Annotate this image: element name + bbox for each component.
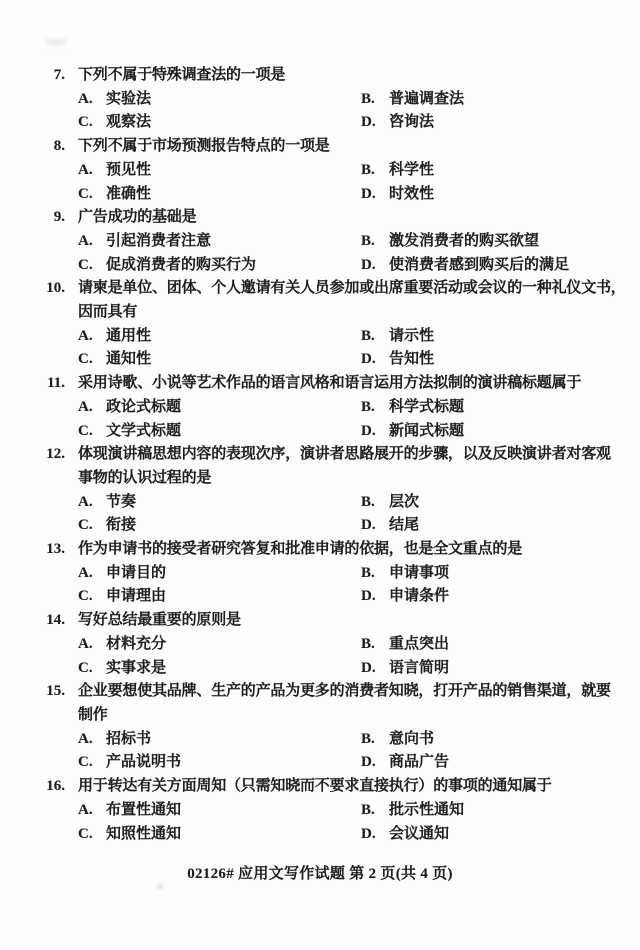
option: C.申请理由 <box>78 585 361 609</box>
option-text: 衔接 <box>106 517 136 533</box>
question-number: 7. <box>41 64 78 88</box>
option: B.申请事项 <box>361 562 640 586</box>
option-label: A. <box>78 159 98 183</box>
option: A.预见性 <box>78 159 361 183</box>
option-text: 准确性 <box>106 186 151 202</box>
option-text: 激发消费者的购买欲望 <box>389 233 539 249</box>
option: B.层次 <box>361 491 640 515</box>
option-text: 布置性通知 <box>106 802 181 818</box>
stem-line: 体现演讲稿思想内容的表现次序，演讲者思路展开的步骤，以及反映演讲者对客观 <box>78 443 640 467</box>
stem-line: 广告成功的基础是 <box>78 206 640 230</box>
option: C.观察法 <box>78 111 361 135</box>
option: A.实验法 <box>78 88 361 112</box>
question-number: 9. <box>41 206 78 230</box>
question-stem: 10. 请柬是单位、团体、个人邀请有关人员参加或出席重要活动或会议的一种礼仪文书… <box>41 277 640 324</box>
option-label: C. <box>78 751 98 775</box>
question-block: 9. 广告成功的基础是 A.引起消费者注意B.激发消费者的购买欲望C.促成消费者… <box>41 206 640 277</box>
options-grid: A.通用性B.请示性C.通知性D.告知性 <box>41 325 640 372</box>
option: A.引起消费者注意 <box>78 230 361 254</box>
stem-line: 采用诗歌、小说等艺术作品的语言风格和语言运用方法拟制的演讲稿标题属于 <box>78 372 640 396</box>
question-stem-lines: 用于转达有关方面周知（只需知晓而不要求直接执行）的事项的通知属于 <box>78 775 640 799</box>
option: B.批示性通知 <box>361 799 640 823</box>
options-grid: A.布置性通知B.批示性通知C.知照性通知D.会议通知 <box>41 799 640 846</box>
option-label: C. <box>78 183 98 207</box>
stem-line: 写好总结最重要的原则是 <box>78 609 640 633</box>
option-label: A. <box>78 728 98 752</box>
option: C.衔接 <box>78 514 361 538</box>
question-number: 13. <box>41 538 78 562</box>
question-stem: 11. 采用诗歌、小说等艺术作品的语言风格和语言运用方法拟制的演讲稿标题属于 <box>41 372 640 396</box>
option-label: C. <box>78 254 98 278</box>
option-label: A. <box>78 491 98 515</box>
option-text: 实验法 <box>106 91 151 107</box>
option: D.语言简明 <box>361 657 640 681</box>
option-text: 通知性 <box>106 351 151 367</box>
option: C.通知性 <box>78 348 361 372</box>
option-text: 普遍调查法 <box>389 91 464 107</box>
option-label: A. <box>78 799 98 823</box>
options-grid: A.预见性B.科学性C.准确性D.时效性 <box>41 159 640 206</box>
option-text: 招标书 <box>106 731 151 747</box>
option-label: B. <box>361 562 381 586</box>
question-stem: 16. 用于转达有关方面周知（只需知晓而不要求直接执行）的事项的通知属于 <box>41 775 640 799</box>
question-block: 13. 作为申请书的接受者研究答复和批准申请的依据，也是全文重点的是 A.申请目… <box>41 538 640 609</box>
option: D.使消费者感到购买后的满足 <box>361 254 640 278</box>
option-label: A. <box>78 633 98 657</box>
option-label: D. <box>361 111 381 135</box>
option-text: 实事求是 <box>106 660 166 676</box>
option: C.产品说明书 <box>78 751 361 775</box>
option: B.激发消费者的购买欲望 <box>361 230 640 254</box>
options-grid: A.政论式标题B.科学式标题C.文学式标题D.新闻式标题 <box>41 396 640 443</box>
option-text: 申请目的 <box>106 565 166 581</box>
question-list: 7. 下列不属于特殊调查法的一项是 A.实验法B.普遍调查法C.观察法D.咨询法… <box>0 0 640 846</box>
option: A.政论式标题 <box>78 396 361 420</box>
option-label: D. <box>361 348 381 372</box>
option-text: 会议通知 <box>389 826 449 842</box>
option: B.科学性 <box>361 159 640 183</box>
question-stem: 14. 写好总结最重要的原则是 <box>41 609 640 633</box>
stem-line: 下列不属于市场预测报告特点的一项是 <box>78 135 640 159</box>
option-label: A. <box>78 325 98 349</box>
option-text: 预见性 <box>106 162 151 178</box>
question-stem: 7. 下列不属于特殊调查法的一项是 <box>41 64 640 88</box>
option-text: 引起消费者注意 <box>106 233 211 249</box>
option: B.请示性 <box>361 325 640 349</box>
question-stem: 13. 作为申请书的接受者研究答复和批准申请的依据，也是全文重点的是 <box>41 538 640 562</box>
option: C.知照性通知 <box>78 823 361 847</box>
option-text: 咨询法 <box>389 114 434 130</box>
option-text: 观察法 <box>106 114 151 130</box>
option-text: 重点突出 <box>389 636 449 652</box>
question-stem: 15. 企业要想使其品牌、生产的产品为更多的消费者知晓，打开产品的销售渠道，就要… <box>41 680 640 727</box>
question-number: 14. <box>41 609 78 633</box>
question-stem-lines: 体现演讲稿思想内容的表现次序，演讲者思路展开的步骤，以及反映演讲者对客观事物的认… <box>78 443 640 490</box>
option-label: B. <box>361 491 381 515</box>
option-label: C. <box>78 823 98 847</box>
question-stem-lines: 采用诗歌、小说等艺术作品的语言风格和语言运用方法拟制的演讲稿标题属于 <box>78 372 640 396</box>
question-block: 12. 体现演讲稿思想内容的表现次序，演讲者思路展开的步骤，以及反映演讲者对客观… <box>41 443 640 538</box>
question-number: 10. <box>41 277 78 324</box>
option-text: 科学性 <box>389 162 434 178</box>
option-label: D. <box>361 183 381 207</box>
question-block: 14. 写好总结最重要的原则是 A.材料充分B.重点突出C.实事求是D.语言简明 <box>41 609 640 680</box>
option-label: C. <box>78 420 98 444</box>
stem-line: 用于转达有关方面周知（只需知晓而不要求直接执行）的事项的通知属于 <box>78 775 640 799</box>
stem-line: 下列不属于特殊调查法的一项是 <box>78 64 640 88</box>
question-stem-lines: 下列不属于特殊调查法的一项是 <box>78 64 640 88</box>
option: C.促成消费者的购买行为 <box>78 254 361 278</box>
question-block: 16. 用于转达有关方面周知（只需知晓而不要求直接执行）的事项的通知属于 A.布… <box>41 775 640 846</box>
question-number: 8. <box>41 135 78 159</box>
question-stem-lines: 请柬是单位、团体、个人邀请有关人员参加或出席重要活动或会议的一种礼仪文书，因而具… <box>78 277 640 324</box>
option-text: 知照性通知 <box>106 826 181 842</box>
option: D.告知性 <box>361 348 640 372</box>
option-label: D. <box>361 254 381 278</box>
question-stem-lines: 写好总结最重要的原则是 <box>78 609 640 633</box>
option: B.科学式标题 <box>361 396 640 420</box>
option-text: 时效性 <box>389 186 434 202</box>
option-text: 告知性 <box>389 351 434 367</box>
option: A.节奏 <box>78 491 361 515</box>
option: D.申请条件 <box>361 585 640 609</box>
stem-line: 请柬是单位、团体、个人邀请有关人员参加或出席重要活动或会议的一种礼仪文书， <box>78 277 640 301</box>
option-text: 促成消费者的购买行为 <box>106 257 256 273</box>
option-label: B. <box>361 159 381 183</box>
option-label: A. <box>78 562 98 586</box>
option-label: B. <box>361 633 381 657</box>
option-text: 申请条件 <box>389 588 449 604</box>
option-label: B. <box>361 325 381 349</box>
option-label: A. <box>78 396 98 420</box>
question-stem-lines: 下列不属于市场预测报告特点的一项是 <box>78 135 640 159</box>
option-label: D. <box>361 751 381 775</box>
stem-line: 因而具有 <box>78 301 640 325</box>
question-stem: 8. 下列不属于市场预测报告特点的一项是 <box>41 135 640 159</box>
option-label: C. <box>78 348 98 372</box>
option-text: 使消费者感到购买后的满足 <box>389 257 569 273</box>
option: A.通用性 <box>78 325 361 349</box>
stem-line: 事物的认识过程的是 <box>78 467 640 491</box>
option-text: 新闻式标题 <box>389 423 464 439</box>
question-block: 7. 下列不属于特殊调查法的一项是 A.实验法B.普遍调查法C.观察法D.咨询法 <box>41 64 640 135</box>
options-grid: A.引起消费者注意B.激发消费者的购买欲望C.促成消费者的购买行为D.使消费者感… <box>41 230 640 277</box>
option: D.结尾 <box>361 514 640 538</box>
option-text: 请示性 <box>389 328 434 344</box>
option-text: 意向书 <box>389 731 434 747</box>
option: A.申请目的 <box>78 562 361 586</box>
option-text: 材料充分 <box>106 636 166 652</box>
option-label: C. <box>78 657 98 681</box>
scan-smudge <box>46 39 66 45</box>
question-number: 12. <box>41 443 78 490</box>
option-text: 申请理由 <box>106 588 166 604</box>
option: B.重点突出 <box>361 633 640 657</box>
question-stem-lines: 广告成功的基础是 <box>78 206 640 230</box>
stem-line: 制作 <box>78 704 640 728</box>
option: A.布置性通知 <box>78 799 361 823</box>
option-text: 结尾 <box>389 517 419 533</box>
option: C.实事求是 <box>78 657 361 681</box>
question-block: 8. 下列不属于市场预测报告特点的一项是 A.预见性B.科学性C.准确性D.时效… <box>41 135 640 206</box>
option-label: B. <box>361 728 381 752</box>
option-text: 产品说明书 <box>106 754 181 770</box>
exam-page: 7. 下列不属于特殊调查法的一项是 A.实验法B.普遍调查法C.观察法D.咨询法… <box>0 0 640 950</box>
scan-smudge <box>157 884 163 889</box>
option-label: B. <box>361 230 381 254</box>
option-text: 语言简明 <box>389 660 449 676</box>
stem-line: 作为申请书的接受者研究答复和批准申请的依据，也是全文重点的是 <box>78 538 640 562</box>
option-label: B. <box>361 88 381 112</box>
option-label: A. <box>78 230 98 254</box>
option-label: C. <box>78 514 98 538</box>
option-label: C. <box>78 585 98 609</box>
option-label: B. <box>361 799 381 823</box>
option-label: C. <box>78 111 98 135</box>
option: D.咨询法 <box>361 111 640 135</box>
option-text: 科学式标题 <box>389 399 464 415</box>
option-text: 节奏 <box>106 494 136 510</box>
option-label: D. <box>361 823 381 847</box>
question-block: 10. 请柬是单位、团体、个人邀请有关人员参加或出席重要活动或会议的一种礼仪文书… <box>41 277 640 372</box>
stem-line: 企业要想使其品牌、生产的产品为更多的消费者知晓，打开产品的销售渠道，就要 <box>78 680 640 704</box>
question-number: 11. <box>41 372 78 396</box>
option-text: 商品广告 <box>389 754 449 770</box>
options-grid: A.招标书B.意向书C.产品说明书D.商品广告 <box>41 728 640 775</box>
options-grid: A.节奏B.层次C.衔接D.结尾 <box>41 491 640 538</box>
option-text: 文学式标题 <box>106 423 181 439</box>
option-label: B. <box>361 396 381 420</box>
question-block: 11. 采用诗歌、小说等艺术作品的语言风格和语言运用方法拟制的演讲稿标题属于 A… <box>41 372 640 443</box>
option: B.普遍调查法 <box>361 88 640 112</box>
question-stem-lines: 作为申请书的接受者研究答复和批准申请的依据，也是全文重点的是 <box>78 538 640 562</box>
options-grid: A.材料充分B.重点突出C.实事求是D.语言简明 <box>41 633 640 680</box>
question-stem: 9. 广告成功的基础是 <box>41 206 640 230</box>
option: A.材料充分 <box>78 633 361 657</box>
option-text: 批示性通知 <box>389 802 464 818</box>
question-stem: 12. 体现演讲稿思想内容的表现次序，演讲者思路展开的步骤，以及反映演讲者对客观… <box>41 443 640 490</box>
option: B.意向书 <box>361 728 640 752</box>
option-text: 通用性 <box>106 328 151 344</box>
option-label: D. <box>361 420 381 444</box>
option: C.准确性 <box>78 183 361 207</box>
question-number: 15. <box>41 680 78 727</box>
page-footer: 02126# 应用文写作试题 第 2 页(共 4 页) <box>0 865 640 883</box>
question-stem-lines: 企业要想使其品牌、生产的产品为更多的消费者知晓，打开产品的销售渠道，就要制作 <box>78 680 640 727</box>
option-label: D. <box>361 585 381 609</box>
option-text: 层次 <box>389 494 419 510</box>
option: A.招标书 <box>78 728 361 752</box>
question-block: 15. 企业要想使其品牌、生产的产品为更多的消费者知晓，打开产品的销售渠道，就要… <box>41 680 640 775</box>
option-label: A. <box>78 88 98 112</box>
option-text: 申请事项 <box>389 565 449 581</box>
option: D.商品广告 <box>361 751 640 775</box>
option: D.会议通知 <box>361 823 640 847</box>
options-grid: A.申请目的B.申请事项C.申请理由D.申请条件 <box>41 562 640 609</box>
option: D.时效性 <box>361 183 640 207</box>
option: D.新闻式标题 <box>361 420 640 444</box>
question-number: 16. <box>41 775 78 799</box>
option-label: D. <box>361 657 381 681</box>
option: C.文学式标题 <box>78 420 361 444</box>
option-text: 政论式标题 <box>106 399 181 415</box>
options-grid: A.实验法B.普遍调查法C.观察法D.咨询法 <box>41 88 640 135</box>
option-label: D. <box>361 514 381 538</box>
